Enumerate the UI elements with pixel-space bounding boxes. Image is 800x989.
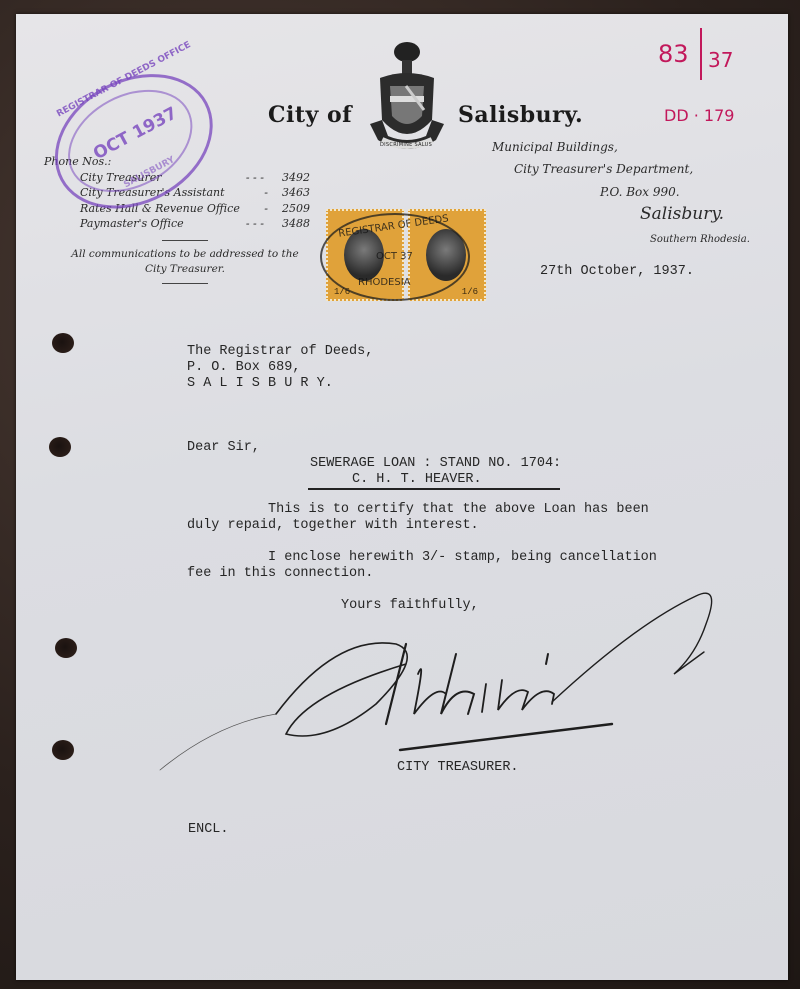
letterhead-title-left: City of xyxy=(268,102,352,128)
address-line: Southern Rhodesia. xyxy=(650,234,750,245)
address-line: Salisbury. xyxy=(640,204,724,224)
salutation: Dear Sir, xyxy=(187,440,260,455)
cancellation-bottom-text: RHODESIA xyxy=(358,277,411,288)
phone-number: 3488 xyxy=(274,216,310,232)
letterhead-title-right: Salisbury. xyxy=(458,102,583,128)
subject-line: SEWERAGE LOAN : STAND NO. 1704: xyxy=(310,456,561,471)
divider xyxy=(162,240,208,241)
body-paragraph-2: I enclose herewith 3/- stamp, being canc… xyxy=(187,550,657,565)
ref-divider xyxy=(700,28,702,80)
subject-underline xyxy=(308,488,560,490)
body-paragraph-1: This is to certify that the above Loan h… xyxy=(187,502,649,517)
cancellation-date: OCT 37 xyxy=(376,251,413,262)
punch-hole xyxy=(52,333,74,353)
letter-page: City of Salisbury. DISCRIMINE SALUS Phon… xyxy=(16,14,788,980)
phone-dashes: - - - xyxy=(246,170,264,186)
phone-dashes: - xyxy=(264,201,268,217)
enclosure-note: ENCL. xyxy=(188,822,229,837)
address-line: P.O. Box 990. xyxy=(600,185,680,199)
recipient-line: P. O. Box 689, xyxy=(187,360,300,375)
body-paragraph-1-line-2: duly repaid, together with interest. xyxy=(187,518,479,533)
crest-motto: DISCRIMINE SALUS xyxy=(380,142,432,148)
recipient-line: S A L I S B U R Y. xyxy=(187,376,333,391)
phone-number: 3463 xyxy=(274,185,310,201)
city-crest-icon: DISCRIMINE SALUS xyxy=(362,40,452,165)
divider xyxy=(162,283,208,284)
ref-number-right: 37 xyxy=(708,48,733,72)
phone-dashes: - xyxy=(264,185,268,201)
communications-note-2: City Treasurer. xyxy=(60,262,310,277)
phone-dashes: - - - xyxy=(246,216,264,232)
signatory-title: CITY TREASURER. xyxy=(397,760,519,775)
address-line: Municipal Buildings, xyxy=(492,140,618,154)
phone-number: 2509 xyxy=(274,201,310,217)
ref-number-left: 83 xyxy=(658,40,689,68)
subject-line-2: C. H. T. HEAVER. xyxy=(352,472,482,487)
address-line: City Treasurer's Department, xyxy=(514,162,693,176)
signature xyxy=(156,574,716,774)
punch-hole xyxy=(49,437,71,457)
phone-number: 3492 xyxy=(274,170,310,186)
stamp-denomination: 1/6 xyxy=(462,287,478,297)
letter-date: 27th October, 1937. xyxy=(540,264,694,279)
punch-hole xyxy=(55,638,77,658)
postage-stamps: 1/6 1/6 REGISTRAR OF DEEDS OCT 37 RHODES… xyxy=(324,207,484,301)
ref-dd-number: DD · 179 xyxy=(664,106,734,125)
punch-hole xyxy=(52,740,74,760)
communications-note: All communications to be addressed to th… xyxy=(60,247,310,262)
recipient-line: The Registrar of Deeds, xyxy=(187,344,373,359)
